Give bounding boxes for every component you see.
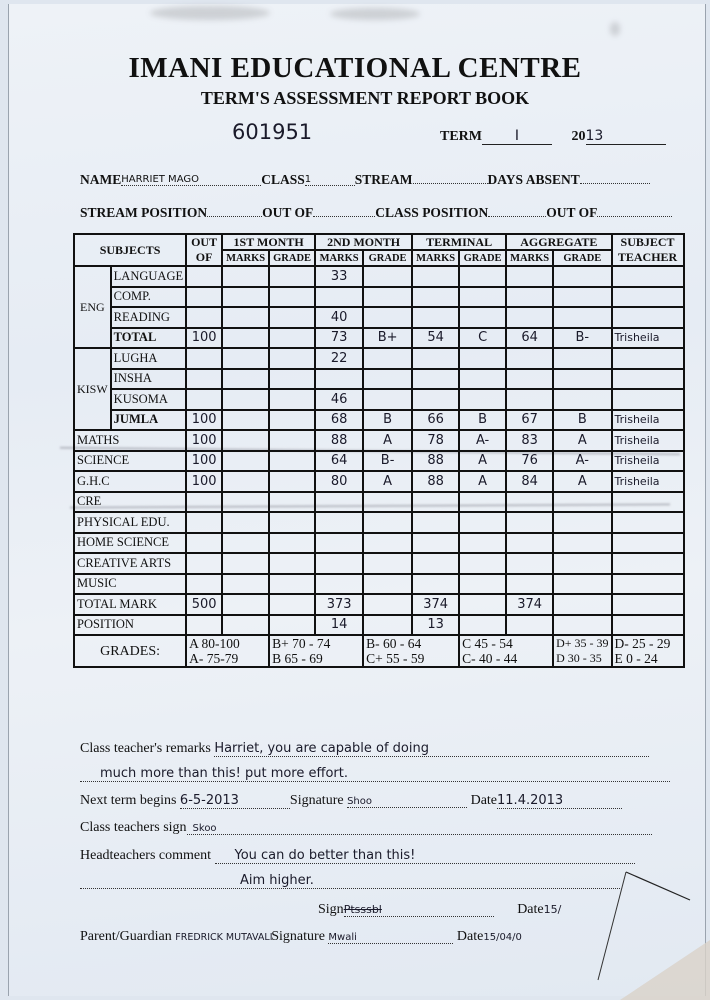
serial-number: 601951: [232, 120, 312, 144]
subjects-header: SUBJECTS: [74, 234, 186, 266]
ink-smudge: [330, 8, 420, 20]
teacher-cell: [612, 512, 684, 533]
grade-cell: [363, 307, 412, 328]
stream-label: STREAM: [355, 172, 413, 187]
grade-cell: [459, 389, 506, 410]
marks-cell: [222, 512, 269, 533]
grade-cell: [459, 553, 506, 574]
marks-cell: [222, 266, 269, 287]
signature-label: Signature: [290, 793, 344, 808]
grade-cell: [553, 266, 611, 287]
subject-name: POSITION: [74, 615, 186, 636]
grade-cell: [553, 615, 611, 636]
kisw-group-label: KISW: [74, 348, 111, 430]
class-teacher-sign-label: Class teachers sign: [80, 820, 187, 835]
grade-cell: [269, 266, 315, 287]
table-row: JUMLA 100 68 B 66 B 67 B Trisheila: [74, 410, 684, 431]
grade-cell: [363, 369, 412, 390]
parent-guardian-line: Parent/Guardian FREDRICK MUTAVALISignatu…: [80, 929, 522, 945]
class-teacher-remarks-line-1: Harriet, you are capable of doing: [214, 741, 649, 757]
grade-cell: [363, 553, 412, 574]
grade-subheader: GRADE: [459, 250, 506, 266]
marks-cell: [412, 348, 459, 369]
grade-cell: [363, 266, 412, 287]
class-teacher-remarks-cont: much more than this! put more effort.: [80, 766, 670, 782]
marks-cell: [222, 348, 269, 369]
grade-cell: [269, 369, 315, 390]
table-row: TOTAL MARK 500 373 374 374: [74, 594, 684, 615]
marks-cell: 54: [412, 328, 459, 349]
grade-cell: [269, 492, 315, 513]
class-position-value: [488, 206, 546, 217]
table-row: ENG LANGUAGE 33: [74, 266, 684, 287]
grade-cell: [269, 512, 315, 533]
table-row: CRE: [74, 492, 684, 513]
grade-range-line: B- 60 - 64: [366, 636, 456, 651]
headteacher-comment-label: Headteachers comment: [80, 848, 211, 863]
out-of-value: [313, 206, 375, 217]
marks-cell: [506, 389, 553, 410]
grade-cell: [459, 594, 506, 615]
subject-name: INSHA: [111, 369, 186, 390]
parent-signature-label: Signature: [271, 929, 325, 944]
year-prefix: 20: [572, 129, 586, 144]
grade-cell: A: [363, 430, 412, 451]
table-row: TOTAL 100 73 B+ 54 C 64 B- Trisheila: [74, 328, 684, 349]
class-teacher-remarks-line-2: much more than this! put more effort.: [80, 766, 670, 782]
name-value: HARRIET MAGO: [121, 174, 261, 186]
grade-cell: A: [553, 471, 611, 492]
grade-cell: [363, 594, 412, 615]
out-of-cell: 100: [186, 328, 222, 349]
marks-cell: [222, 287, 269, 308]
ink-smudge: [610, 22, 620, 36]
marks-cell: [315, 512, 363, 533]
grade-cell: [553, 492, 611, 513]
subject-name: G.H.C: [74, 471, 186, 492]
marks-cell: [506, 307, 553, 328]
marks-cell: [315, 553, 363, 574]
grade-cell: [363, 512, 412, 533]
marks-cell: [506, 266, 553, 287]
grade-range-line: E 0 - 24: [615, 651, 681, 666]
teacher-cell: [612, 615, 684, 636]
table-row: MUSIC: [74, 574, 684, 595]
first-month-header: 1ST MONTH: [222, 234, 315, 250]
out-of-cell: [186, 369, 222, 390]
grade-range-line: B 65 - 69: [272, 651, 360, 666]
class-value: 1: [305, 174, 355, 186]
grade-cell: A: [459, 451, 506, 472]
marks-cell: 83: [506, 430, 553, 451]
marks-cell: [412, 287, 459, 308]
grade-cell: B+: [363, 328, 412, 349]
subject-name: CRE: [74, 492, 186, 513]
stream-position-value: [207, 206, 262, 217]
grade-cell: B: [459, 410, 506, 431]
grade-cell: [269, 471, 315, 492]
class-teacher-sign-line: Class teachers signSkoo: [80, 820, 652, 836]
marks-cell: [412, 574, 459, 595]
marks-cell: [222, 307, 269, 328]
marks-cell: 40: [315, 307, 363, 328]
marks-cell: [222, 369, 269, 390]
marks-cell: [222, 410, 269, 431]
table-row: KUSOMA 46: [74, 389, 684, 410]
grade-cell: [553, 553, 611, 574]
subject-teacher-header: SUBJECT TEACHER: [612, 234, 684, 266]
grade-cell: [459, 287, 506, 308]
grade-cell: A-: [459, 430, 506, 451]
headteacher-comment-line-1: You can do better than this!: [215, 848, 635, 864]
grade-cell: [459, 492, 506, 513]
out-of-label: OUT OF: [262, 205, 313, 220]
marks-cell: 80: [315, 471, 363, 492]
out-of-cell: [186, 615, 222, 636]
out-of-cell: [186, 266, 222, 287]
teacher-cell: Trisheila: [612, 451, 684, 472]
class-teacher-sign-value: Skoo: [187, 823, 652, 835]
grade-range-3: B- 60 - 64C+ 55 - 59: [363, 635, 459, 667]
table-row: POSITION 14 13: [74, 615, 684, 636]
grade-cell: [459, 266, 506, 287]
table-row: KISW LUGHA 22: [74, 348, 684, 369]
marks-cell: [412, 307, 459, 328]
marks-cell: 22: [315, 348, 363, 369]
marks-cell: [222, 594, 269, 615]
grade-range-line: A- 75-79: [189, 651, 266, 666]
grade-cell: [269, 615, 315, 636]
sign-date-value: 15/: [544, 903, 562, 916]
subject-name: READING: [111, 307, 186, 328]
marks-cell: [315, 287, 363, 308]
teacher-cell: [612, 307, 684, 328]
marks-cell: [222, 328, 269, 349]
teacher-cell: Trisheila: [612, 471, 684, 492]
sign-label: Sign: [318, 902, 344, 917]
marks-cell: 73: [315, 328, 363, 349]
grade-cell: [269, 287, 315, 308]
grade-cell: [553, 307, 611, 328]
grade-cell: [553, 348, 611, 369]
marks-cell: 78: [412, 430, 459, 451]
subject-name: MATHS: [74, 430, 186, 451]
marks-subheader: MARKS: [506, 250, 553, 266]
marks-cell: [506, 512, 553, 533]
grade-cell: [269, 389, 315, 410]
grade-cell: [553, 369, 611, 390]
marks-cell: [506, 287, 553, 308]
marks-cell: [412, 266, 459, 287]
marks-cell: 374: [412, 594, 459, 615]
out-of-cell: [186, 389, 222, 410]
teacher-cell: [612, 492, 684, 513]
subject-name: LUGHA: [111, 348, 186, 369]
grade-cell: [553, 512, 611, 533]
marks-cell: [506, 615, 553, 636]
stream-position-label: STREAM POSITION: [80, 205, 207, 220]
grade-cell: [459, 574, 506, 595]
marks-cell: 68: [315, 410, 363, 431]
grade-cell: [459, 369, 506, 390]
marks-cell: [222, 492, 269, 513]
teacher-cell: [612, 553, 684, 574]
grade-cell: [269, 430, 315, 451]
headteacher-comment-line-2: Aim higher.: [80, 873, 620, 889]
grade-subheader: GRADE: [363, 250, 412, 266]
marks-cell: [506, 574, 553, 595]
grade-cell: [269, 307, 315, 328]
grade-cell: [269, 574, 315, 595]
table-row: READING 40: [74, 307, 684, 328]
ink-smudge: [150, 6, 270, 20]
teacher-cell: Trisheila: [612, 328, 684, 349]
next-term-value: 6-5-2013: [180, 793, 290, 809]
grade-range-6: D- 25 - 29E 0 - 24: [612, 635, 684, 667]
teacher-cell: [612, 594, 684, 615]
marks-cell: 84: [506, 471, 553, 492]
out-of-cell: [186, 533, 222, 554]
out-of-cell: [186, 287, 222, 308]
out-of-cell: 100: [186, 451, 222, 472]
grade-range-1: A 80-100A- 75-79: [186, 635, 269, 667]
table-row: COMP.: [74, 287, 684, 308]
terminal-header: TERMINAL: [412, 234, 506, 250]
out-of-cell: [186, 553, 222, 574]
grade-range-2: B+ 70 - 74B 65 - 69: [269, 635, 363, 667]
marks-cell: 374: [506, 594, 553, 615]
next-term-line: Next term begins 6-5-2013Signature Shoo …: [80, 793, 622, 809]
grade-cell: [553, 574, 611, 595]
table-row: CREATIVE ARTS: [74, 553, 684, 574]
assessment-table: SUBJECTS OUT OF 1ST MONTH 2ND MONTH TERM…: [73, 233, 685, 668]
grade-cell: [363, 615, 412, 636]
marks-cell: [506, 533, 553, 554]
marks-cell: 88: [315, 430, 363, 451]
term-line: TERMI 2013: [440, 128, 666, 145]
class-teacher-remarks: Class teacher's remarks Harriet, you are…: [80, 741, 649, 757]
subject-name: PHYSICAL EDU.: [74, 512, 186, 533]
headteacher-comment: Headteachers comment You can do better t…: [80, 848, 635, 864]
term-label: TERM: [440, 129, 482, 144]
headteacher-comment-cont: Aim higher.: [80, 873, 620, 889]
grade-cell: [363, 574, 412, 595]
days-absent-value: [580, 173, 650, 184]
grade-cell: [459, 615, 506, 636]
marks-cell: [506, 553, 553, 574]
grade-cell: [363, 492, 412, 513]
parent-date-label: Date: [457, 929, 483, 944]
marks-cell: 88: [412, 471, 459, 492]
teacher-cell: Trisheila: [612, 430, 684, 451]
grade-cell: [553, 533, 611, 554]
out-of-cell: 100: [186, 430, 222, 451]
marks-cell: [412, 533, 459, 554]
class-position-label: CLASS POSITION: [375, 205, 488, 220]
marks-cell: [222, 389, 269, 410]
grade-cell: [363, 533, 412, 554]
marks-cell: 88: [412, 451, 459, 472]
grade-subheader: GRADE: [553, 250, 611, 266]
marks-cell: [412, 369, 459, 390]
marks-cell: [222, 533, 269, 554]
parent-date-value: 15/04/0: [483, 932, 522, 943]
grade-cell: [269, 594, 315, 615]
marks-cell: [222, 574, 269, 595]
marks-cell: [315, 369, 363, 390]
out-of-cell: 500: [186, 594, 222, 615]
marks-subheader: MARKS: [222, 250, 269, 266]
grade-cell: [269, 328, 315, 349]
report-title: TERM'S ASSESSMENT REPORT BOOK: [0, 88, 710, 109]
marks-cell: 13: [412, 615, 459, 636]
grade-range-line: D 30 - 35: [556, 651, 608, 666]
table-row: G.H.C 100 80 A 88 A 84 A Trisheila: [74, 471, 684, 492]
folded-corner: [590, 860, 710, 1000]
subject-name: TOTAL: [111, 328, 186, 349]
marks-cell: 64: [315, 451, 363, 472]
sign-date-label: Date: [517, 902, 543, 917]
out-of-cell: [186, 574, 222, 595]
grade-cell: [269, 451, 315, 472]
signature-value: Shoo: [347, 796, 467, 808]
subject-name: KUSOMA: [111, 389, 186, 410]
grade-cell: B-: [363, 451, 412, 472]
date-value: 11.4.2013: [497, 793, 622, 809]
grade-scale-row: GRADES: A 80-100A- 75-79 B+ 70 - 74B 65 …: [74, 635, 684, 667]
aggregate-header: AGGREGATE: [506, 234, 611, 250]
grade-cell: [459, 307, 506, 328]
grade-cell: A: [459, 471, 506, 492]
table-row: MATHS 100 88 A 78 A- 83 A Trisheila: [74, 430, 684, 451]
second-month-header: 2ND MONTH: [315, 234, 412, 250]
subject-name: MUSIC: [74, 574, 186, 595]
grade-cell: [269, 553, 315, 574]
grade-cell: [363, 287, 412, 308]
grade-cell: [269, 410, 315, 431]
marks-cell: [315, 492, 363, 513]
year-value: 13: [586, 128, 666, 145]
marks-cell: [222, 553, 269, 574]
grade-cell: [269, 348, 315, 369]
grade-cell: [459, 348, 506, 369]
table-row: SCIENCE 100 64 B- 88 A 76 A- Trisheila: [74, 451, 684, 472]
subject-name: HOME SCIENCE: [74, 533, 186, 554]
table-row: INSHA: [74, 369, 684, 390]
marks-cell: 46: [315, 389, 363, 410]
grade-range-line: D+ 35 - 39: [556, 636, 608, 651]
marks-cell: [506, 369, 553, 390]
marks-cell: [412, 492, 459, 513]
marks-cell: [506, 492, 553, 513]
marks-cell: 33: [315, 266, 363, 287]
marks-cell: 14: [315, 615, 363, 636]
out-of-cell: [186, 492, 222, 513]
marks-cell: [506, 348, 553, 369]
days-absent-label: DAYS ABSENT: [488, 172, 580, 187]
marks-cell: [412, 553, 459, 574]
subject-name: COMP.: [111, 287, 186, 308]
sign-value: Ptsssbl: [344, 903, 494, 917]
marks-cell: 66: [412, 410, 459, 431]
marks-cell: [412, 389, 459, 410]
grade-cell: A: [553, 430, 611, 451]
grade-cell: [553, 389, 611, 410]
grade-range-line: C+ 55 - 59: [366, 651, 456, 666]
grade-cell: B-: [553, 328, 611, 349]
subject-name: JUMLA: [111, 410, 186, 431]
marks-cell: 67: [506, 410, 553, 431]
grade-cell: [363, 348, 412, 369]
next-term-label: Next term begins: [80, 793, 176, 808]
marks-cell: 373: [315, 594, 363, 615]
out-of-value-2: [597, 206, 672, 217]
marks-subheader: MARKS: [412, 250, 459, 266]
teacher-cell: [612, 287, 684, 308]
out-of-header: OUT OF: [186, 234, 222, 266]
marks-cell: [315, 574, 363, 595]
table-row: PHYSICAL EDU.: [74, 512, 684, 533]
marks-cell: [222, 471, 269, 492]
grade-cell: [363, 389, 412, 410]
parent-guardian-label: Parent/Guardian: [80, 929, 172, 944]
subject-name: TOTAL MARK: [74, 594, 186, 615]
grade-cell: A-: [553, 451, 611, 472]
teacher-cell: [612, 266, 684, 287]
grade-cell: [269, 533, 315, 554]
out-of-label-2: OUT OF: [546, 205, 597, 220]
out-of-cell: 100: [186, 410, 222, 431]
grade-range-line: C- 40 - 44: [462, 651, 550, 666]
out-of-cell: [186, 512, 222, 533]
subject-name: LANGUAGE: [111, 266, 186, 287]
teacher-cell: [612, 369, 684, 390]
grade-cell: [553, 594, 611, 615]
grade-subheader: GRADE: [269, 250, 315, 266]
out-of-cell: 100: [186, 471, 222, 492]
grade-cell: [459, 512, 506, 533]
subject-name: SCIENCE: [74, 451, 186, 472]
subject-name: CREATIVE ARTS: [74, 553, 186, 574]
grade-range-line: A 80-100: [189, 636, 266, 651]
teacher-cell: Trisheila: [612, 410, 684, 431]
marks-subheader: MARKS: [315, 250, 363, 266]
out-of-cell: [186, 307, 222, 328]
parent-guardian-value: FREDRICK MUTAVALI: [175, 932, 271, 943]
teacher-cell: [612, 389, 684, 410]
teacher-cell: [612, 533, 684, 554]
marks-cell: [315, 533, 363, 554]
marks-cell: [222, 430, 269, 451]
grade-cell: B: [553, 410, 611, 431]
date-label: Date: [471, 793, 497, 808]
grade-range-5: D+ 35 - 39D 30 - 35: [553, 635, 611, 667]
class-teacher-remarks-label: Class teacher's remarks: [80, 741, 211, 756]
class-label: CLASS: [261, 172, 305, 187]
grade-cell: [459, 533, 506, 554]
grade-cell: B: [363, 410, 412, 431]
grade-cell: [553, 287, 611, 308]
grade-range-line: B+ 70 - 74: [272, 636, 360, 651]
teacher-cell: [612, 574, 684, 595]
grade-cell: A: [363, 471, 412, 492]
grade-range-4: C 45 - 54C- 40 - 44: [459, 635, 553, 667]
table-row: HOME SCIENCE: [74, 533, 684, 554]
marks-cell: [412, 512, 459, 533]
marks-cell: 64: [506, 328, 553, 349]
school-name: IMANI EDUCATIONAL CENTRE: [0, 52, 710, 85]
eng-group-label: ENG: [74, 266, 111, 348]
